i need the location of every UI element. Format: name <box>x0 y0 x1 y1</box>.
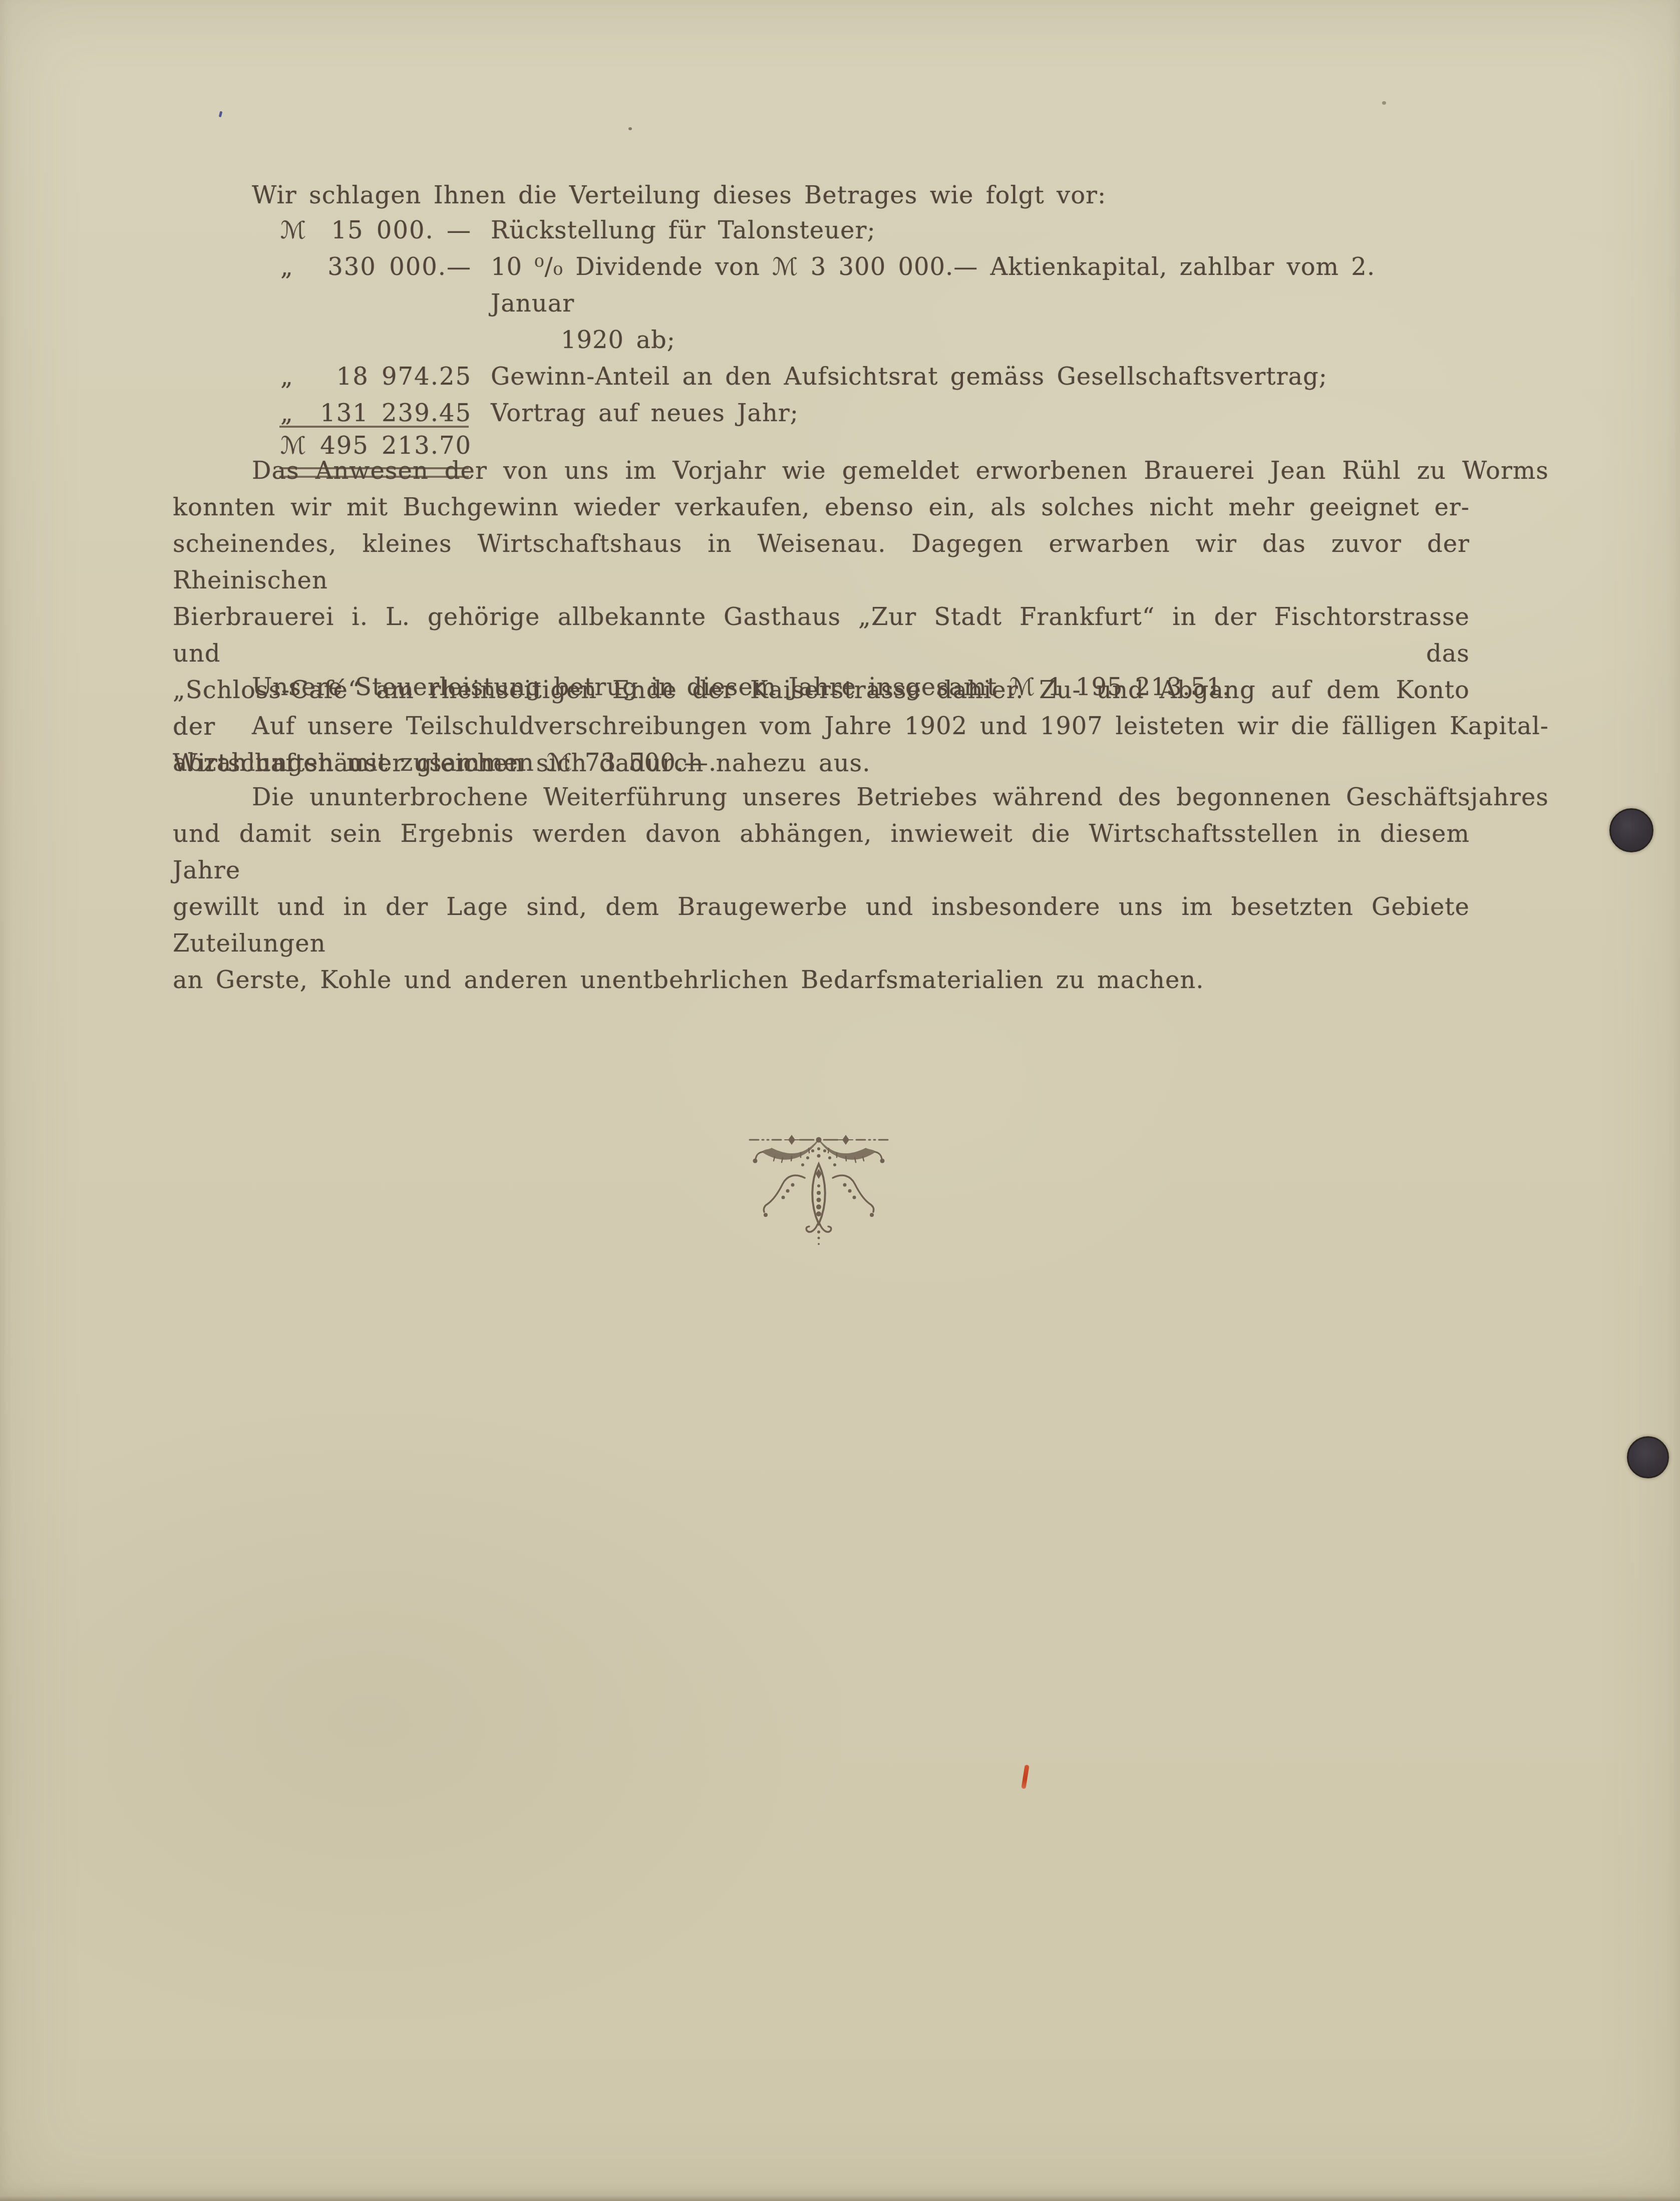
hole-punch-bottom <box>1627 1436 1669 1478</box>
paragraph-taxes: Unsere Steuerleistung betrug in diesem J… <box>173 669 1549 706</box>
allocation-row-3: „ 18 974.25 Gewinn-Anteil an den Aufsich… <box>173 359 1470 395</box>
column-spacer <box>173 212 280 249</box>
paragraph-bonds: Auf unsere Teilschuldverschreibungen vom… <box>173 708 1549 781</box>
mark-currency-sign: ℳ <box>280 212 311 249</box>
paragraph-line: Unsere Steuerleistung betrug in diesem J… <box>173 669 1549 706</box>
column-spacer <box>173 249 280 359</box>
allocation-amount: 330 000.— <box>311 249 472 359</box>
paper-speck <box>628 127 632 130</box>
red-pencil-mark <box>1021 1765 1029 1789</box>
column-gap <box>472 395 491 432</box>
paragraph-line: Das Anwesen der von uns im Vorjahr wie g… <box>173 453 1549 489</box>
allocation-row-1: ℳ 15 000. — Rückstellung für Talonsteuer… <box>173 212 1470 249</box>
column-gap <box>472 359 491 395</box>
ditto-mark: „ <box>280 395 311 432</box>
paragraph-line: Die ununterbrochene Weiterführung unsere… <box>173 779 1549 816</box>
paragraph-line: Bierbrauerei i. L. gehörige allbekannte … <box>173 599 1470 672</box>
ditto-mark: „ <box>280 359 311 395</box>
scanned-report-page: Wir schlagen Ihnen die Verteilung dieses… <box>0 0 1680 2201</box>
allocation-description: 10 ⁰/₀ Dividende von ℳ 3 300 000.— Aktie… <box>491 249 1470 359</box>
allocation-row-2: „ 330 000.— 10 ⁰/₀ Dividende von ℳ 3 300… <box>173 249 1470 359</box>
column-gap <box>472 212 491 249</box>
allocation-description: Vortrag auf neues Jahr; <box>491 395 1470 432</box>
allocation-amount: 131 239.45 <box>311 395 472 432</box>
hole-punch-top <box>1609 808 1653 852</box>
description-line-2: 1920 ab; <box>491 322 1470 359</box>
allocation-description: Gewinn-Anteil an den Aufsichtsrat gemäss… <box>491 359 1470 395</box>
allocation-row-4: „ 131 239.45 Vortrag auf neues Jahr; <box>173 395 1470 432</box>
ink-speck-blue <box>219 111 223 118</box>
allocation-description: Rückstellung für Talonsteuer; <box>491 212 1470 249</box>
scan-edge-shadow <box>0 2196 1680 2201</box>
paper-speck <box>1382 101 1386 105</box>
allocation-list: ℳ 15 000. — Rückstellung für Talonsteuer… <box>173 212 1470 478</box>
paragraph-line: und damit sein Ergebnis werden davon abh… <box>173 816 1470 889</box>
paragraph-line: konnten wir mit Buchgewinn wieder verkau… <box>173 489 1470 526</box>
description-line-1: 10 ⁰/₀ Dividende von ℳ 3 300 000.— Aktie… <box>491 249 1470 322</box>
allocation-amount: 18 974.25 <box>311 359 472 395</box>
paragraph-line: abzahlungen mit zusammen ℳ 73 500.—. <box>173 745 1470 781</box>
paragraph-line: an Gerste, Kohle und anderen unentbehrli… <box>173 962 1470 999</box>
intro-line: Wir schlagen Ihnen die Verteilung dieses… <box>173 177 1549 214</box>
column-gap <box>472 249 491 359</box>
paragraph-outlook: Die ununterbrochene Weiterführung unsere… <box>173 779 1549 999</box>
ditto-mark: „ <box>280 249 311 359</box>
column-spacer <box>173 359 280 395</box>
paragraph-line: scheinendes, kleines Wirtschaftshaus in … <box>173 526 1470 599</box>
paragraph-line: gewillt und in der Lage sind, dem Brauge… <box>173 889 1470 962</box>
ornament-divider <box>744 1125 894 1250</box>
column-spacer <box>173 395 280 432</box>
allocation-amount: 15 000. — <box>311 212 472 249</box>
paragraph-line: Auf unsere Teilschuldverschreibungen vom… <box>173 708 1549 745</box>
